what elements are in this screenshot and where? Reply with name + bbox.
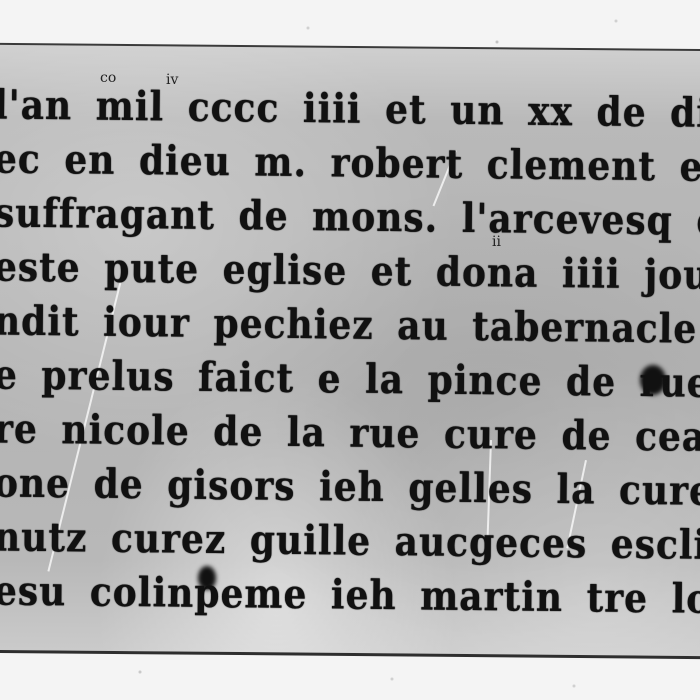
ink-blot: [198, 566, 216, 590]
inscription-photograph: co iv ii l'an mil cccc iiii et un xx de …: [0, 0, 700, 700]
inscription-text: l'an mil cccc iiii et un xx de dix fevri…: [0, 78, 700, 618]
ink-blot: [640, 365, 666, 395]
inscription-line: esu colinpeme ieh martin tre loz: [0, 561, 700, 630]
